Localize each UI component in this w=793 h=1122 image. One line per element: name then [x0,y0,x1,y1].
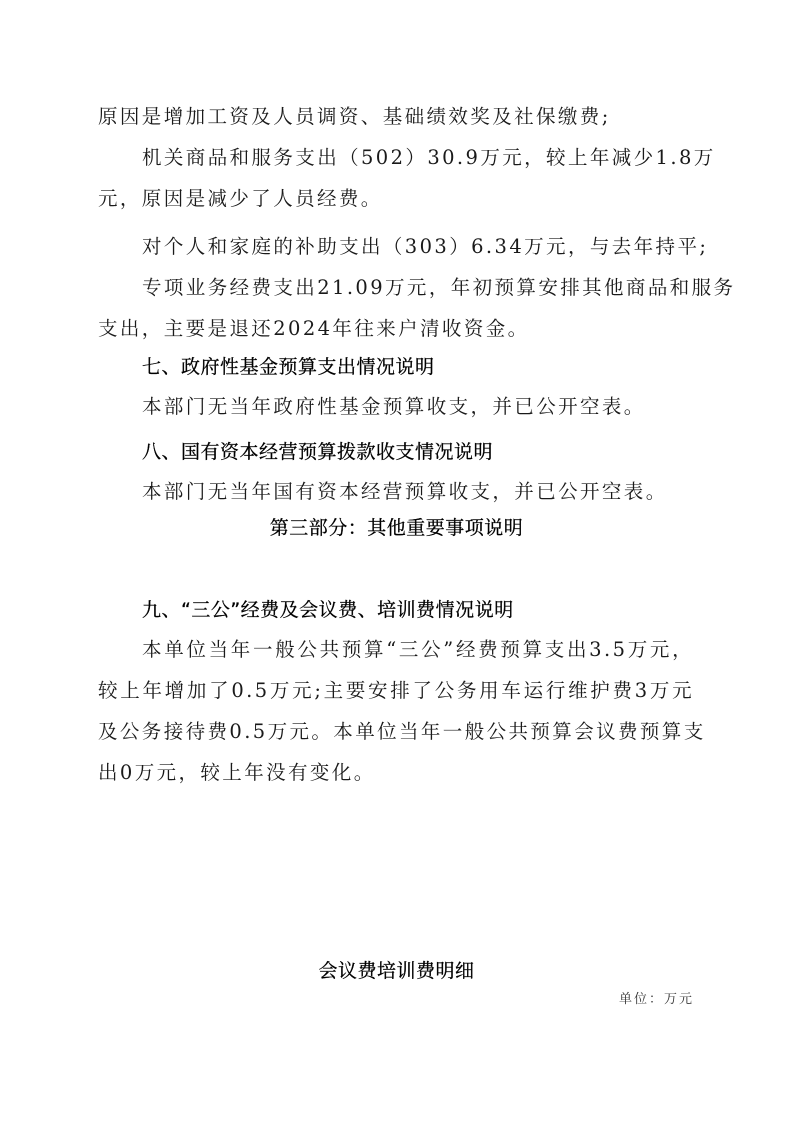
paragraph-line-household-subsidy: 对个人和家庭的补助支出（303）6.34万元，与去年持平; [142,234,694,260]
paragraph-line-goods-services: 机关商品和服务支出（502）30.9万元，较上年减少1.8万 [142,145,694,171]
section-heading-8: 八、国有资本经营预算拨款收支情况说明 [142,439,493,465]
section-heading-9: 九、“三公”经费及会议费、培训费情况说明 [142,597,514,623]
document-page: 原因是增加工资及人员调资、基础绩效奖及社保缴费; 机关商品和服务支出（502）3… [0,0,793,1122]
paragraph-line-special-funds-cont: 支出，主要是退还2024年往来户清收资金。 [98,316,694,342]
section-9-line-2: 较上年增加了0.5万元;主要安排了公务用车运行维护费3万元 [98,678,694,704]
section-9-line-1: 本单位当年一般公共预算“三公”经费预算支出3.5万元， [142,637,694,663]
section-7-body: 本部门无当年政府性基金预算收支，并已公开空表。 [142,394,694,420]
section-9-line-4: 出0万元，较上年没有变化。 [98,760,694,786]
part-3-title: 第三部分：其他重要事项说明 [0,515,793,541]
unit-label: 单位：万元 [619,991,694,1009]
paragraph-line-goods-services-cont: 元，原因是减少了人员经费。 [98,186,694,212]
paragraph-line-salary-reason: 原因是增加工资及人员调资、基础绩效奖及社保缴费; [98,104,694,130]
paragraph-line-special-funds: 专项业务经费支出21.09万元，年初预算安排其他商品和服务 [142,275,694,301]
section-8-body: 本部门无当年国有资本经营预算收支，并已公开空表。 [142,479,694,505]
section-heading-7: 七、政府性基金预算支出情况说明 [142,354,435,380]
section-9-line-3: 及公务接待费0.5万元。本单位当年一般公共预算会议费预算支 [98,719,694,745]
table-title: 会议费培训费明细 [0,958,793,984]
